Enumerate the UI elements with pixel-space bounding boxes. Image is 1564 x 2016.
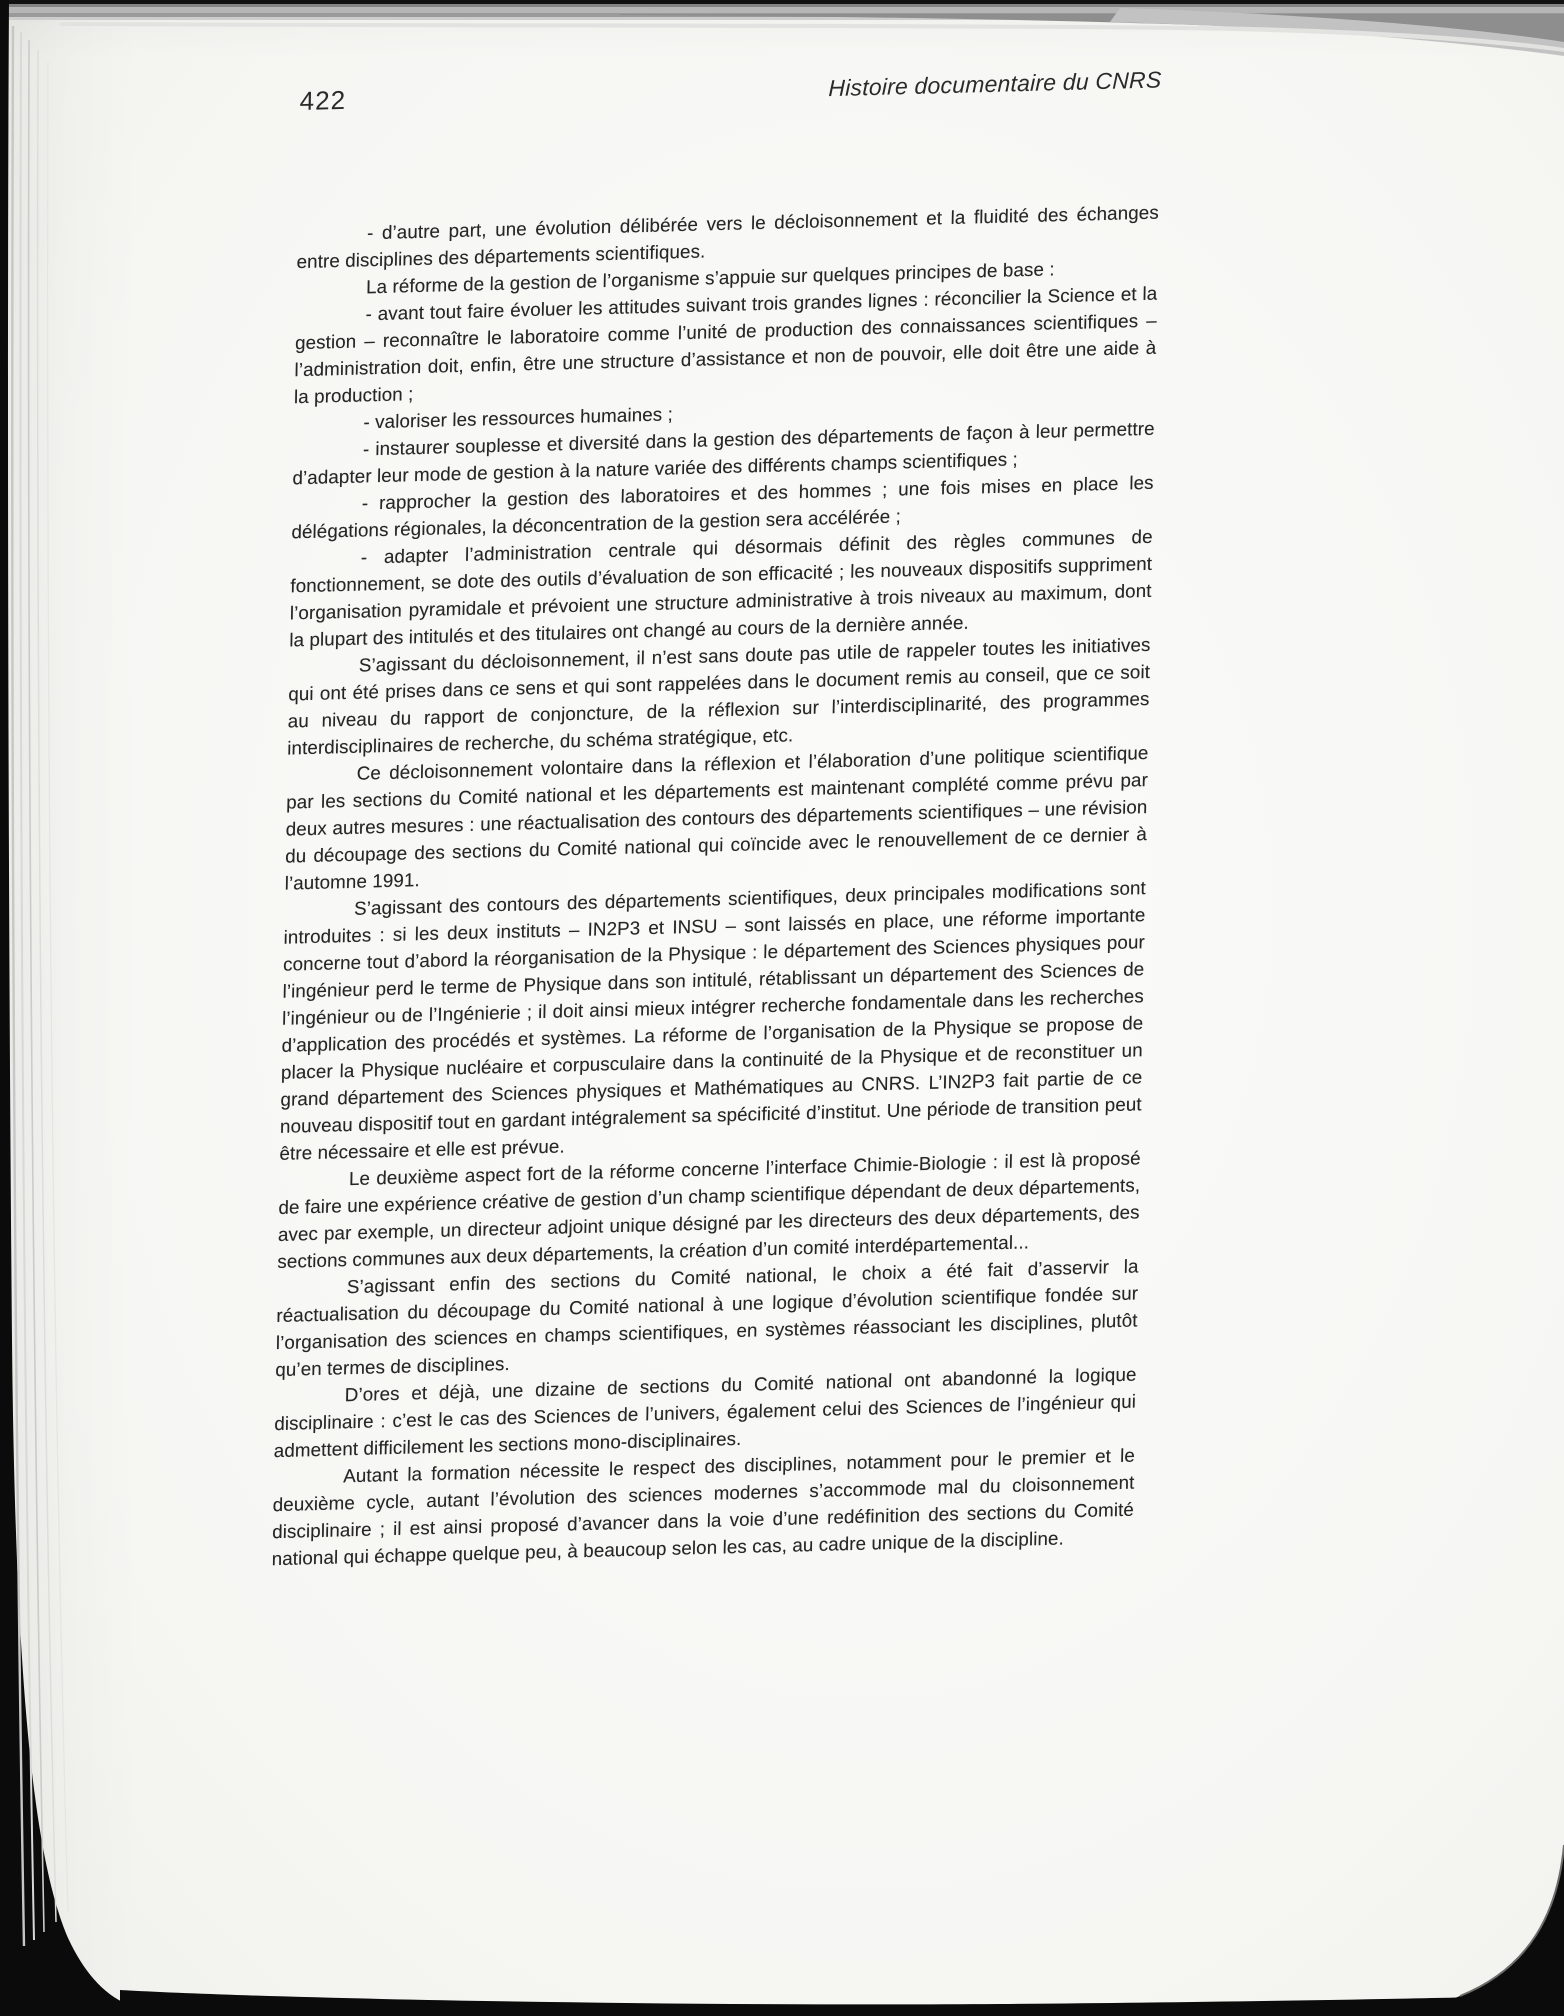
paragraph: Ce décloisonnement volontaire dans la ré… <box>284 739 1148 897</box>
page-content: 422 Histoire documentaire du CNRS - d’au… <box>271 63 1161 1572</box>
page-header: 422 Histoire documentaire du CNRS <box>299 63 1161 117</box>
body-text: - d’autre part, une évolution délibérée … <box>271 199 1159 1573</box>
left-edge <box>0 0 132 2016</box>
running-header: Histoire documentaire du CNRS <box>828 66 1161 102</box>
scanned-book-page: 422 Histoire documentaire du CNRS - d’au… <box>0 0 1564 2016</box>
paragraph: S’agissant des contours des départements… <box>279 874 1146 1167</box>
paragraph: Autant la formation nécessite le respect… <box>271 1442 1135 1573</box>
top-edge <box>0 0 1564 56</box>
bottom-edge <box>120 1845 1564 2016</box>
page-number: 422 <box>299 85 346 117</box>
